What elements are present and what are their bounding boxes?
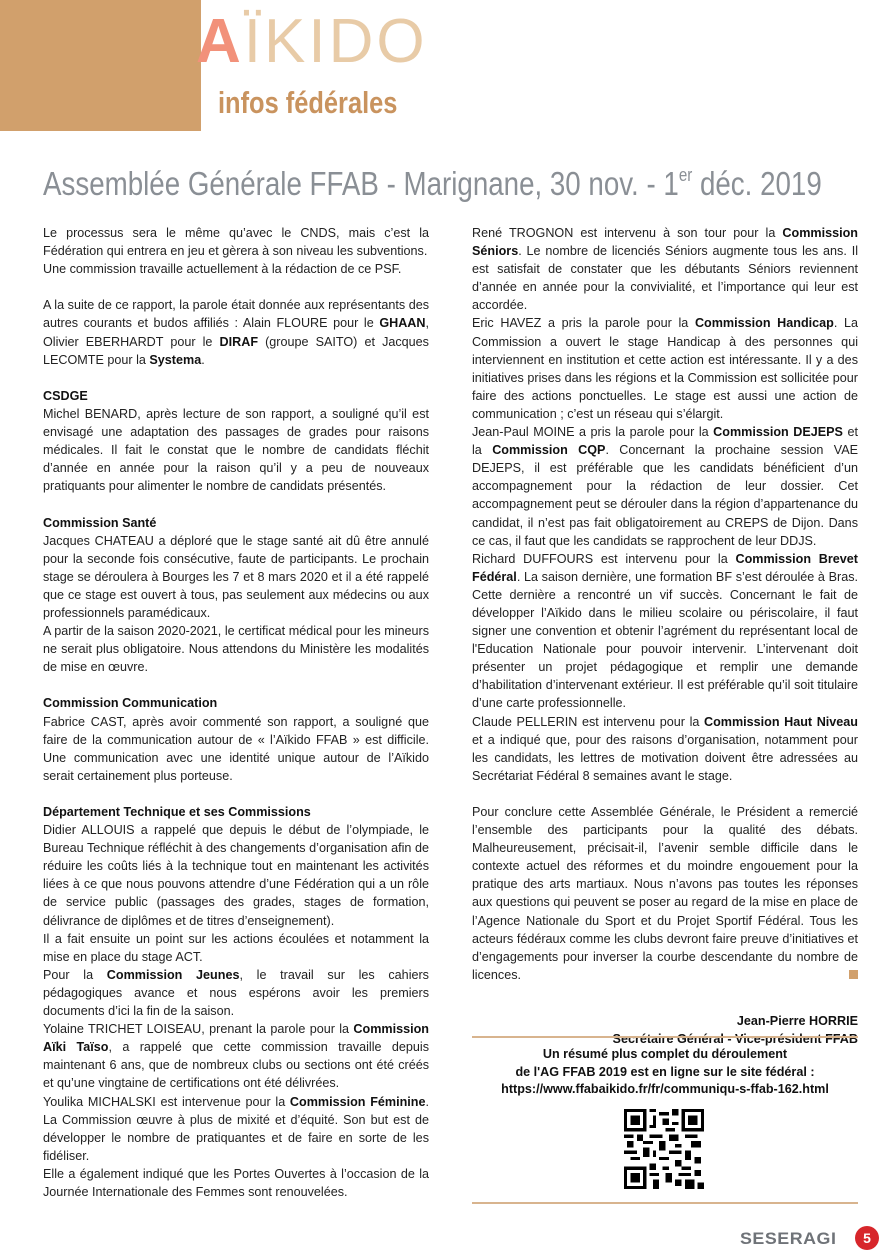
logo-text: ÏKIDO	[244, 7, 428, 76]
paragraph: Michel BENARD, après lecture de son rapp…	[43, 405, 429, 495]
paragraph: Une commission travaille actuellement à …	[43, 260, 429, 278]
page-title: Assemblée Générale FFAB - Marignane, 30 …	[43, 163, 822, 205]
title-main: Assemblée Générale FFAB - Marignane, 30 …	[43, 165, 679, 202]
paragraph: René TROGNON est intervenu à son tour po…	[472, 224, 858, 314]
title-tail: déc. 2019	[692, 165, 821, 202]
paragraph: Eric HAVEZ a pris la parole pour la Comm…	[472, 314, 858, 423]
info-text: Un résumé plus complet du déroulement de…	[472, 1046, 858, 1099]
qr-code-icon[interactable]	[624, 1109, 704, 1189]
section-title: infos fédérales	[218, 84, 397, 122]
paragraph: Pour la Commission Jeunes, le travail su…	[43, 966, 429, 1020]
page-number-badge: 5	[855, 1226, 879, 1250]
title-superscript: er	[679, 165, 692, 185]
paragraph: Youlika MICHALSKI est intervenue pour la…	[43, 1093, 429, 1165]
right-column: René TROGNON est intervenu à son tour po…	[472, 224, 858, 1048]
section-heading-departement-technique: Département Technique et ses Commissions	[43, 803, 429, 821]
paragraph: Fabrice CAST, après avoir commenté son r…	[43, 713, 429, 785]
info-url-link[interactable]: https://www.ffabaikido.fr/fr/communiqu-s…	[472, 1081, 858, 1099]
paragraph: Didier ALLOUIS a rappelé que depuis le d…	[43, 821, 429, 930]
signature-name: Jean-Pierre HORRIE	[472, 1012, 858, 1030]
paragraph: Richard DUFFOURS est intervenu pour la C…	[472, 550, 858, 713]
paragraph: Elle a également indiqué que les Portes …	[43, 1165, 429, 1201]
paragraph: Claude PELLERIN est intervenu pour la Co…	[472, 713, 858, 785]
aikido-logo: AÏKIDO	[196, 8, 428, 76]
paragraph: Jacques CHATEAU a déploré que le stage s…	[43, 532, 429, 622]
header-color-block	[0, 0, 201, 131]
section-heading-csdge: CSDGE	[43, 387, 429, 405]
section-heading-communication: Commission Communication	[43, 694, 429, 712]
paragraph: Jean-Paul MOINE a pris la parole pour la…	[472, 423, 858, 550]
paragraph: Yolaine TRICHET LOISEAU, prenant la paro…	[43, 1020, 429, 1092]
paragraph: Il a fait ensuite un point sur les actio…	[43, 930, 429, 966]
conclusion-paragraph: Pour conclure cette Assemblée Générale, …	[472, 803, 858, 984]
logo-accent-letter: A	[196, 7, 244, 76]
footer-brand: SESERAGI	[740, 1229, 836, 1249]
section-heading-sante: Commission Santé	[43, 514, 429, 532]
paragraph: A partir de la saison 2020-2021, le cert…	[43, 622, 429, 676]
info-box: Un résumé plus complet du déroulement de…	[472, 1036, 858, 1204]
end-of-article-square-icon	[849, 970, 858, 979]
info-line: de l'AG FFAB 2019 est en ligne sur le si…	[472, 1064, 858, 1082]
left-column: Le processus sera le même qu’avec le CND…	[43, 224, 429, 1201]
paragraph: A la suite de ce rapport, la parole étai…	[43, 296, 429, 368]
paragraph: Le processus sera le même qu’avec le CND…	[43, 224, 429, 260]
info-line: Un résumé plus complet du déroulement	[472, 1046, 858, 1064]
